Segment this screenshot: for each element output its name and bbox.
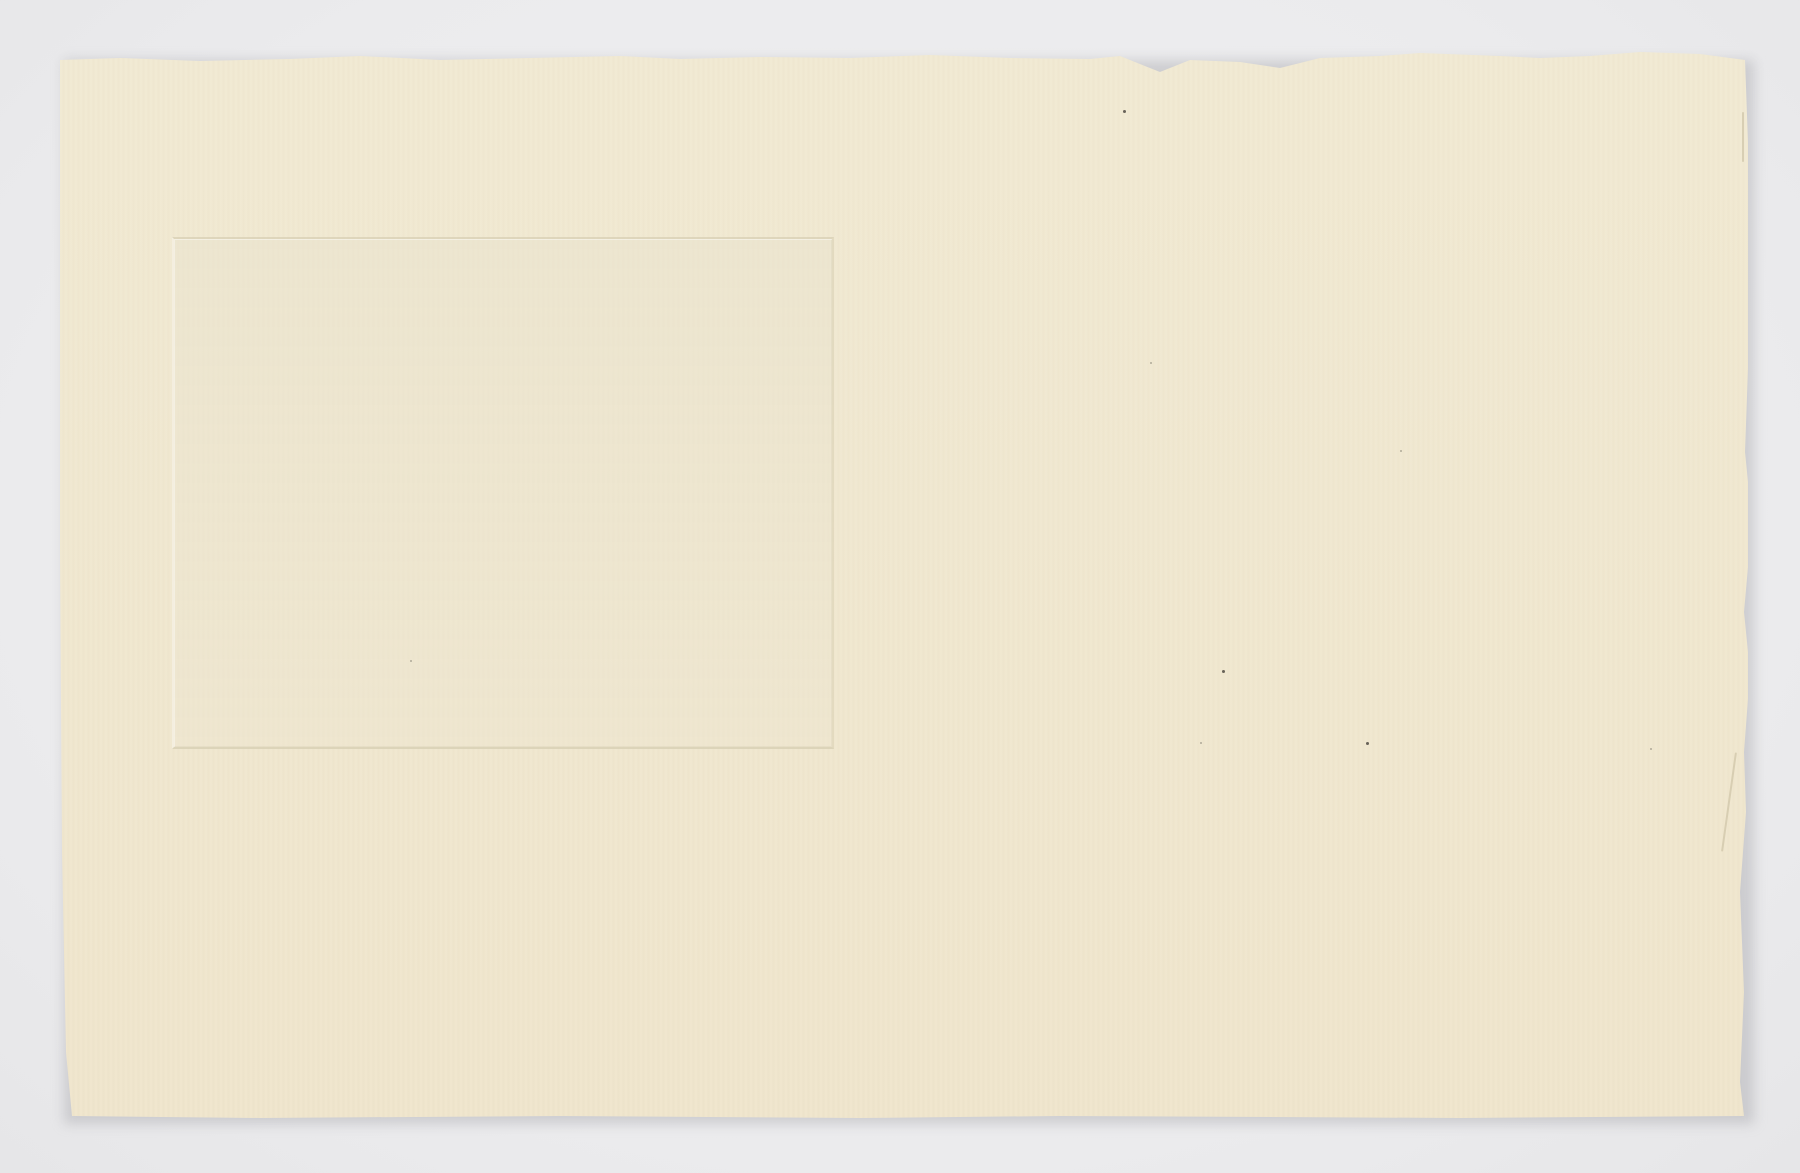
- paper-speck: [1650, 748, 1652, 750]
- paper-speck: [1200, 742, 1202, 744]
- edge-crease: [1742, 112, 1744, 162]
- paper-speck: [1150, 362, 1152, 364]
- paper-speck: [1123, 110, 1126, 113]
- paper-speck: [1366, 742, 1369, 745]
- plate-mark: [172, 237, 834, 749]
- paper-speck: [1400, 450, 1402, 452]
- edge-crease: [1721, 752, 1737, 851]
- paper-sheet: [60, 52, 1748, 1118]
- paper-speck: [410, 660, 412, 662]
- paper-speck: [1222, 670, 1225, 673]
